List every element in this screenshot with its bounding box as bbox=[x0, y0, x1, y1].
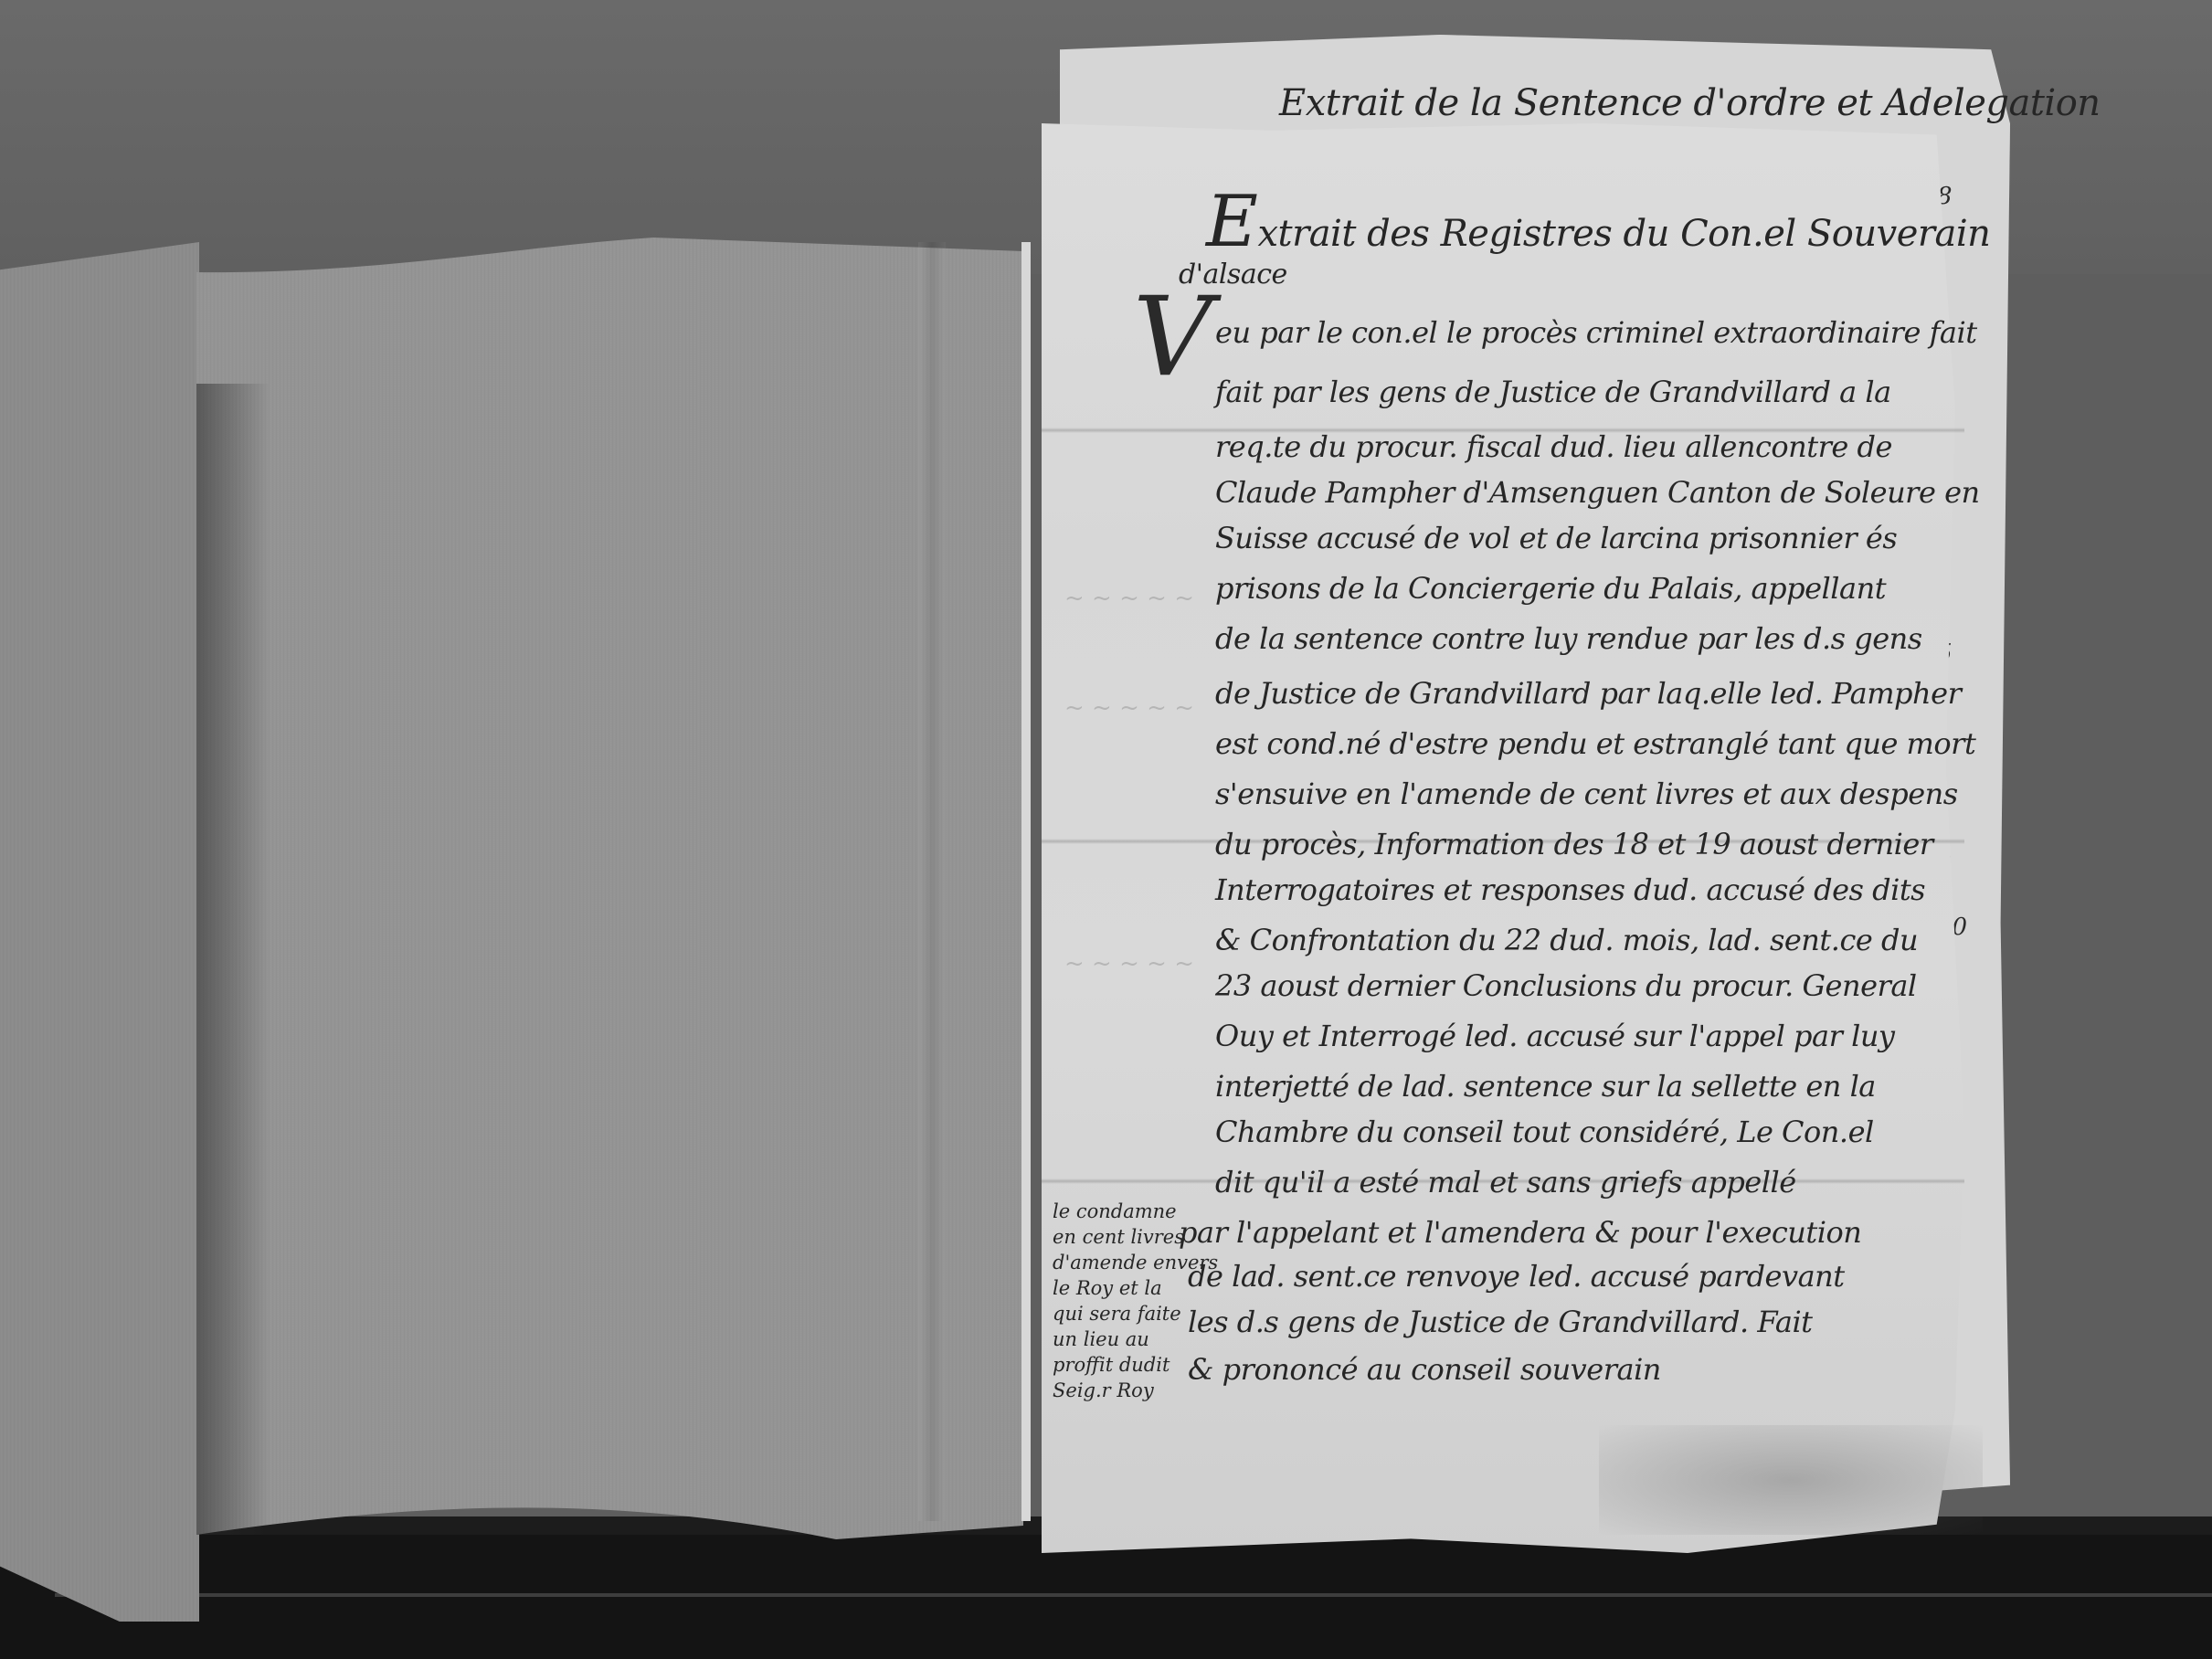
manuscript-line: interjetté de lad. sentence sur la selle… bbox=[1215, 1069, 1876, 1104]
margin-note-line: le condamne bbox=[1053, 1199, 1218, 1224]
margin-note-line: le Roy et la bbox=[1053, 1275, 1218, 1301]
manuscript-line: Interrogatoires et responses dud. accusé… bbox=[1215, 872, 1925, 907]
manuscript-line: prisons de la Conciergerie du Palais, ap… bbox=[1215, 571, 1886, 606]
margin-note-line: Seig.r Roy bbox=[1053, 1378, 1218, 1403]
manuscript-line: 23 aoust dernier Conclusions du procur. … bbox=[1215, 968, 1917, 1003]
document-title: Extrait des Registres du Con.el Souverai… bbox=[1206, 181, 1990, 263]
manuscript-line: Suisse accusé de vol et de larcina priso… bbox=[1215, 521, 1897, 555]
title-initial: E bbox=[1206, 181, 1257, 263]
manuscript-line: fait par les gens de Justice de Grandvil… bbox=[1215, 375, 1891, 409]
title-text: xtrait des Registres du Con.el Souverain bbox=[1257, 213, 1990, 255]
margin-note-line: proffit dudit bbox=[1053, 1352, 1218, 1378]
manuscript-line: eu par le con.el le procès criminel extr… bbox=[1215, 315, 1977, 350]
manuscript-line: est cond.né d'estre pendu et estranglé t… bbox=[1215, 726, 1975, 761]
manuscript-line: dit qu'il a esté mal et sans griefs appe… bbox=[1215, 1165, 1796, 1199]
water-stain bbox=[1599, 1425, 1983, 1535]
dark-shelf bbox=[0, 1535, 2212, 1659]
manuscript-line: de lad. sent.ce renvoye led. accusé pard… bbox=[1188, 1259, 1845, 1294]
margin-note-line: qui sera faite bbox=[1053, 1301, 1218, 1326]
manuscript-line: du procès, Information des 18 et 19 aous… bbox=[1215, 827, 1933, 861]
manuscript-line: les d.s gens de Justice de Grandvillard.… bbox=[1188, 1305, 1813, 1339]
manuscript-line: & prononcé au conseil souverain bbox=[1188, 1352, 1661, 1387]
folder-shadow bbox=[196, 384, 270, 1535]
manuscript-line: par l'appelant et l'amendera & pour l'ex… bbox=[1179, 1215, 1861, 1250]
margin-note-line: en cent livres bbox=[1053, 1224, 1218, 1250]
margin-note-line: d'amende envers bbox=[1053, 1250, 1218, 1275]
kraft-folder bbox=[196, 228, 1023, 1544]
manuscript-line: de la sentence contre luy rendue par les… bbox=[1215, 621, 1922, 656]
folder-spine bbox=[1021, 242, 1031, 1521]
shelf-edge bbox=[55, 1593, 2212, 1597]
manuscript-line: s'ensuive en l'amende de cent livres et … bbox=[1215, 777, 1958, 811]
bleed-through-text: ~ ~ ~ ~ ~ bbox=[1064, 585, 1194, 612]
manuscript-line: de Justice de Grandvillard par laq.elle … bbox=[1215, 676, 1961, 711]
manuscript-line: Ouy et Interrogé led. accusé sur l'appel… bbox=[1215, 1019, 1895, 1053]
manuscript-line: Chambre du conseil tout considéré, Le Co… bbox=[1215, 1115, 1874, 1149]
folder-left-flap bbox=[0, 242, 199, 1622]
manuscript-line: Claude Pampher d'Amsenguen Canton de Sol… bbox=[1215, 475, 1980, 510]
manuscript-line: & Confrontation du 22 dud. mois, lad. se… bbox=[1215, 923, 1918, 957]
bleed-through-text: ~ ~ ~ ~ ~ bbox=[1064, 694, 1194, 722]
bleed-through-text: ~ ~ ~ ~ ~ bbox=[1064, 950, 1194, 977]
margin-note-line: un lieu au bbox=[1053, 1326, 1218, 1352]
folder-fold bbox=[918, 242, 946, 1521]
manuscript-line: req.te du procur. fiscal dud. lieu allen… bbox=[1215, 429, 1892, 464]
back-sheet-heading: Extrait de la Sentence d'ordre et Adeleg… bbox=[1279, 82, 2101, 124]
drop-cap: V bbox=[1133, 274, 1212, 401]
margin-note: le condamne en cent livres d'amende enve… bbox=[1053, 1199, 1218, 1403]
